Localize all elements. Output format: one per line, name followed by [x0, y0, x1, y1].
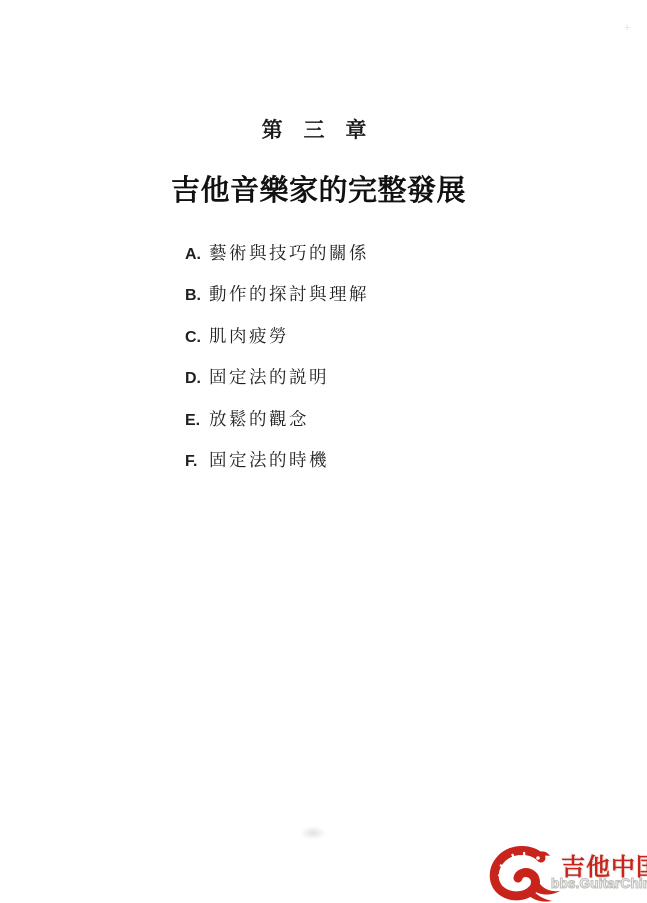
list-item: F. 固定法的時機 — [185, 440, 369, 481]
list-item: A. 藝術與技巧的關係 — [185, 233, 369, 274]
section-list: A. 藝術與技巧的關係 B. 動作的探討與理解 C. 肌肉疲勞 D. 固定法的説… — [185, 233, 369, 481]
watermark-site-url: bbs.GuitarChina.com — [551, 876, 647, 891]
scanned-book-page: 第 三 章 吉他音樂家的完整發展 A. 藝術與技巧的關係 B. 動作的探討與理解… — [0, 0, 647, 903]
section-text: 固定法的説明 — [209, 357, 329, 398]
list-item: B. 動作的探討與理解 — [185, 274, 369, 315]
chapter-heading: 第 三 章 — [0, 119, 638, 143]
section-text: 放鬆的觀念 — [209, 399, 309, 440]
section-letter: A. — [185, 234, 209, 275]
section-text: 藝術與技巧的關係 — [209, 233, 369, 274]
scan-smudge — [300, 826, 326, 840]
list-item: D. 固定法的説明 — [185, 357, 369, 398]
scan-speck: + — [624, 22, 630, 34]
section-text: 固定法的時機 — [209, 440, 329, 481]
section-letter: D. — [185, 358, 209, 399]
section-letter: E. — [185, 400, 209, 441]
section-letter: F. — [185, 441, 209, 482]
section-letter: C. — [185, 317, 209, 358]
section-letter: B. — [185, 275, 209, 316]
guitarchina-watermark: 吉他中国 bbs.GuitarChina.com — [480, 843, 647, 903]
section-text: 動作的探討與理解 — [209, 274, 369, 315]
list-item: E. 放鬆的觀念 — [185, 399, 369, 440]
page-title: 吉他音樂家的完整發展 — [171, 175, 466, 207]
section-text: 肌肉疲勞 — [209, 316, 289, 357]
list-item: C. 肌肉疲勞 — [185, 316, 369, 357]
dragon-g-logo-icon — [486, 845, 564, 903]
